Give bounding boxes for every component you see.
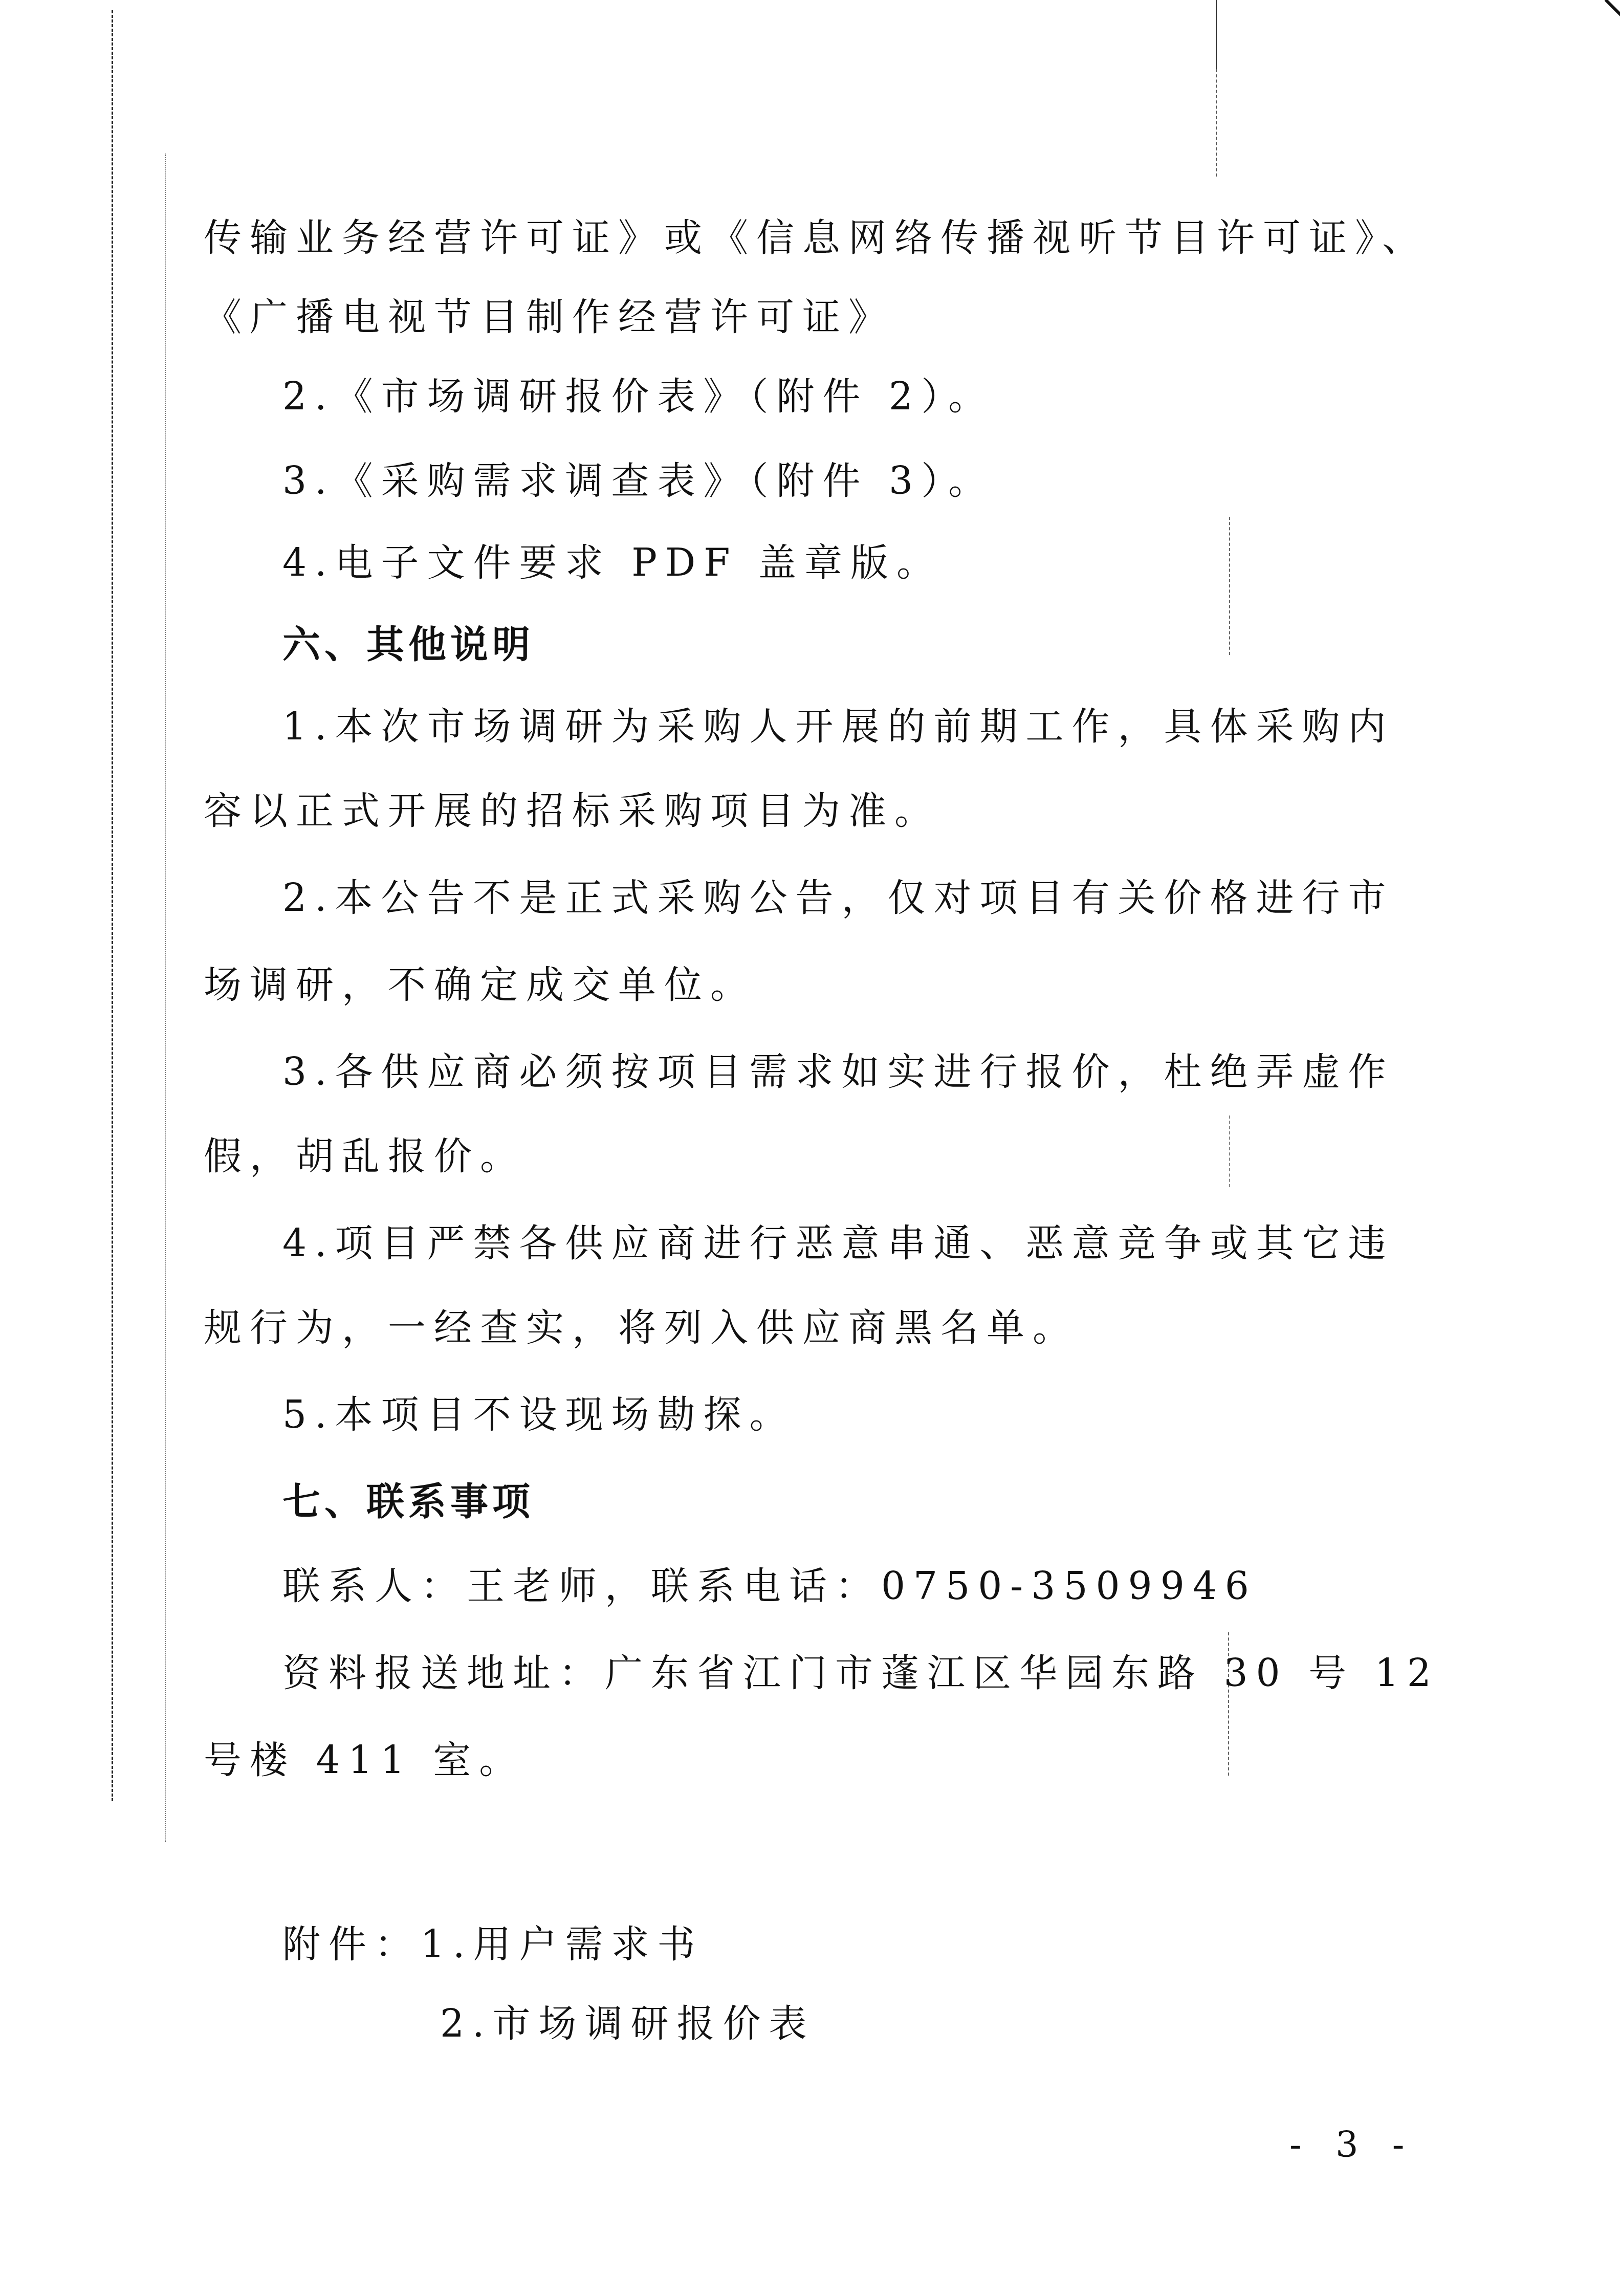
scan-fold-line: [1229, 1116, 1230, 1187]
scan-margin-line: [165, 154, 166, 1842]
address-line: 资料报送地址：广东省江门市蓬江区华园东路 30 号 12: [282, 1650, 1439, 1696]
attachment-item: 附件：1.用户需求书: [282, 1921, 704, 1967]
section-heading-other-notes: 六、其他说明: [282, 622, 534, 668]
scan-fold-line: [1216, 0, 1217, 69]
body-line: 假，胡乱报价。: [204, 1133, 526, 1179]
scan-fold-line: [1216, 69, 1217, 177]
document-page: 传输业务经营许可证》或《信息网络传播视听节目许可证》、 《广播电视节目制作经营许…: [0, 0, 1620, 2296]
body-line: 容以正式开展的招标采购项目为准。: [204, 788, 940, 834]
scan-corner-mark-icon: [1605, 0, 1620, 16]
list-item: 4.项目严禁各供应商进行恶意串通、恶意竞争或其它违: [282, 1220, 1394, 1266]
body-line: 场调研，不确定成交单位。: [204, 962, 756, 1008]
contact-line: 联系人：王老师，联系电话：0750-3509946: [282, 1563, 1257, 1609]
list-item: 3.《采购需求调查表》（附件 3）。: [282, 458, 994, 504]
attachment-item: 2.市场调研报价表: [440, 2001, 815, 2047]
list-item: 1.本次市场调研为采购人开展的前期工作，具体采购内: [282, 704, 1394, 750]
body-line: 传输业务经营许可证》或《信息网络传播视听节目许可证》、: [204, 215, 1428, 261]
section-heading-contact: 七、联系事项: [282, 1479, 534, 1525]
scan-fold-line: [1229, 517, 1230, 655]
body-line: 《广播电视节目制作经营许可证》: [204, 294, 894, 340]
page-number: - 3 -: [1289, 2124, 1415, 2166]
list-item: 3.各供应商必须按项目需求如实进行报价，杜绝弄虚作: [282, 1049, 1394, 1095]
list-item: 5.本项目不设现场勘探。: [282, 1392, 796, 1438]
body-line: 规行为，一经查实，将列入供应商黑名单。: [204, 1305, 1079, 1351]
scan-margin-line: [112, 10, 113, 1801]
address-line-continued: 号楼 411 室。: [204, 1737, 525, 1783]
list-item: 4.电子文件要求 PDF 盖章版。: [282, 540, 943, 586]
list-item: 2.《市场调研报价表》（附件 2）。: [282, 374, 994, 420]
list-item: 2.本公告不是正式采购公告，仅对项目有关价格进行市: [282, 875, 1394, 921]
